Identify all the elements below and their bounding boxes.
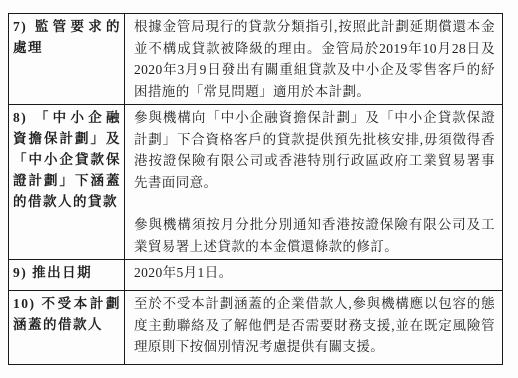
row-content-cell: 至於不受本計劃涵蓋的企業借款人,參與機構應以包容的態度主動聯絡及了解他們是否需要… xyxy=(125,291,503,365)
scheme-info-table: 7) 監管要求的處理 根據金管局現行的貸款分類指引,按照此計劃延期償還本金並不構… xyxy=(8,13,503,365)
row-label-cell: 9) 推出日期 xyxy=(9,260,125,291)
row-label-cell: 7) 監管要求的處理 xyxy=(9,14,125,105)
paragraph: 根據金管局現行的貸款分類指引,按照此計劃延期償還本金並不構成貸款被降級的理由。金… xyxy=(134,16,495,102)
table-row: 9) 推出日期 2020年5月1日。 xyxy=(9,260,503,291)
paragraph: 參與機構須按月分批分別通知香港按證保險有限公司及工業貿易署上述貸款的本金償還條款… xyxy=(134,214,495,257)
document-page: 7) 監管要求的處理 根據金管局現行的貸款分類指引,按照此計劃延期償還本金並不構… xyxy=(0,0,518,378)
row-label: 10) 不受本計劃涵蓋的借款人 xyxy=(13,293,121,335)
row-content-cell: 根據金管局現行的貸款分類指引,按照此計劃延期償還本金並不構成貸款被降級的理由。金… xyxy=(125,14,503,105)
row-label: 8) 「中小企融資擔保計劃」及「中小企貸款保證計劃」下涵蓋的借款人的貸款 xyxy=(13,107,121,212)
row-content-cell: 參與機構向「中小企融資擔保計劃」及「中小企貸款保證計劃」下合資格客戶的貸款提供預… xyxy=(125,105,503,260)
paragraph: 參與機構向「中小企融資擔保計劃」及「中小企貸款保證計劃」下合資格客戶的貸款提供預… xyxy=(134,107,495,193)
table-row: 8) 「中小企融資擔保計劃」及「中小企貸款保證計劃」下涵蓋的借款人的貸款 參與機… xyxy=(9,105,503,260)
row-label: 7) 監管要求的處理 xyxy=(13,16,121,58)
row-label-cell: 8) 「中小企融資擔保計劃」及「中小企貸款保證計劃」下涵蓋的借款人的貸款 xyxy=(9,105,125,260)
table-row: 10) 不受本計劃涵蓋的借款人 至於不受本計劃涵蓋的企業借款人,參與機構應以包容… xyxy=(9,291,503,365)
row-label-cell: 10) 不受本計劃涵蓋的借款人 xyxy=(9,291,125,365)
row-content-cell: 2020年5月1日。 xyxy=(125,260,503,291)
table-row: 7) 監管要求的處理 根據金管局現行的貸款分類指引,按照此計劃延期償還本金並不構… xyxy=(9,14,503,105)
paragraph: 2020年5月1日。 xyxy=(134,262,495,284)
row-label: 9) 推出日期 xyxy=(13,262,121,283)
paragraph: 至於不受本計劃涵蓋的企業借款人,參與機構應以包容的態度主動聯絡及了解他們是否需要… xyxy=(134,293,495,358)
